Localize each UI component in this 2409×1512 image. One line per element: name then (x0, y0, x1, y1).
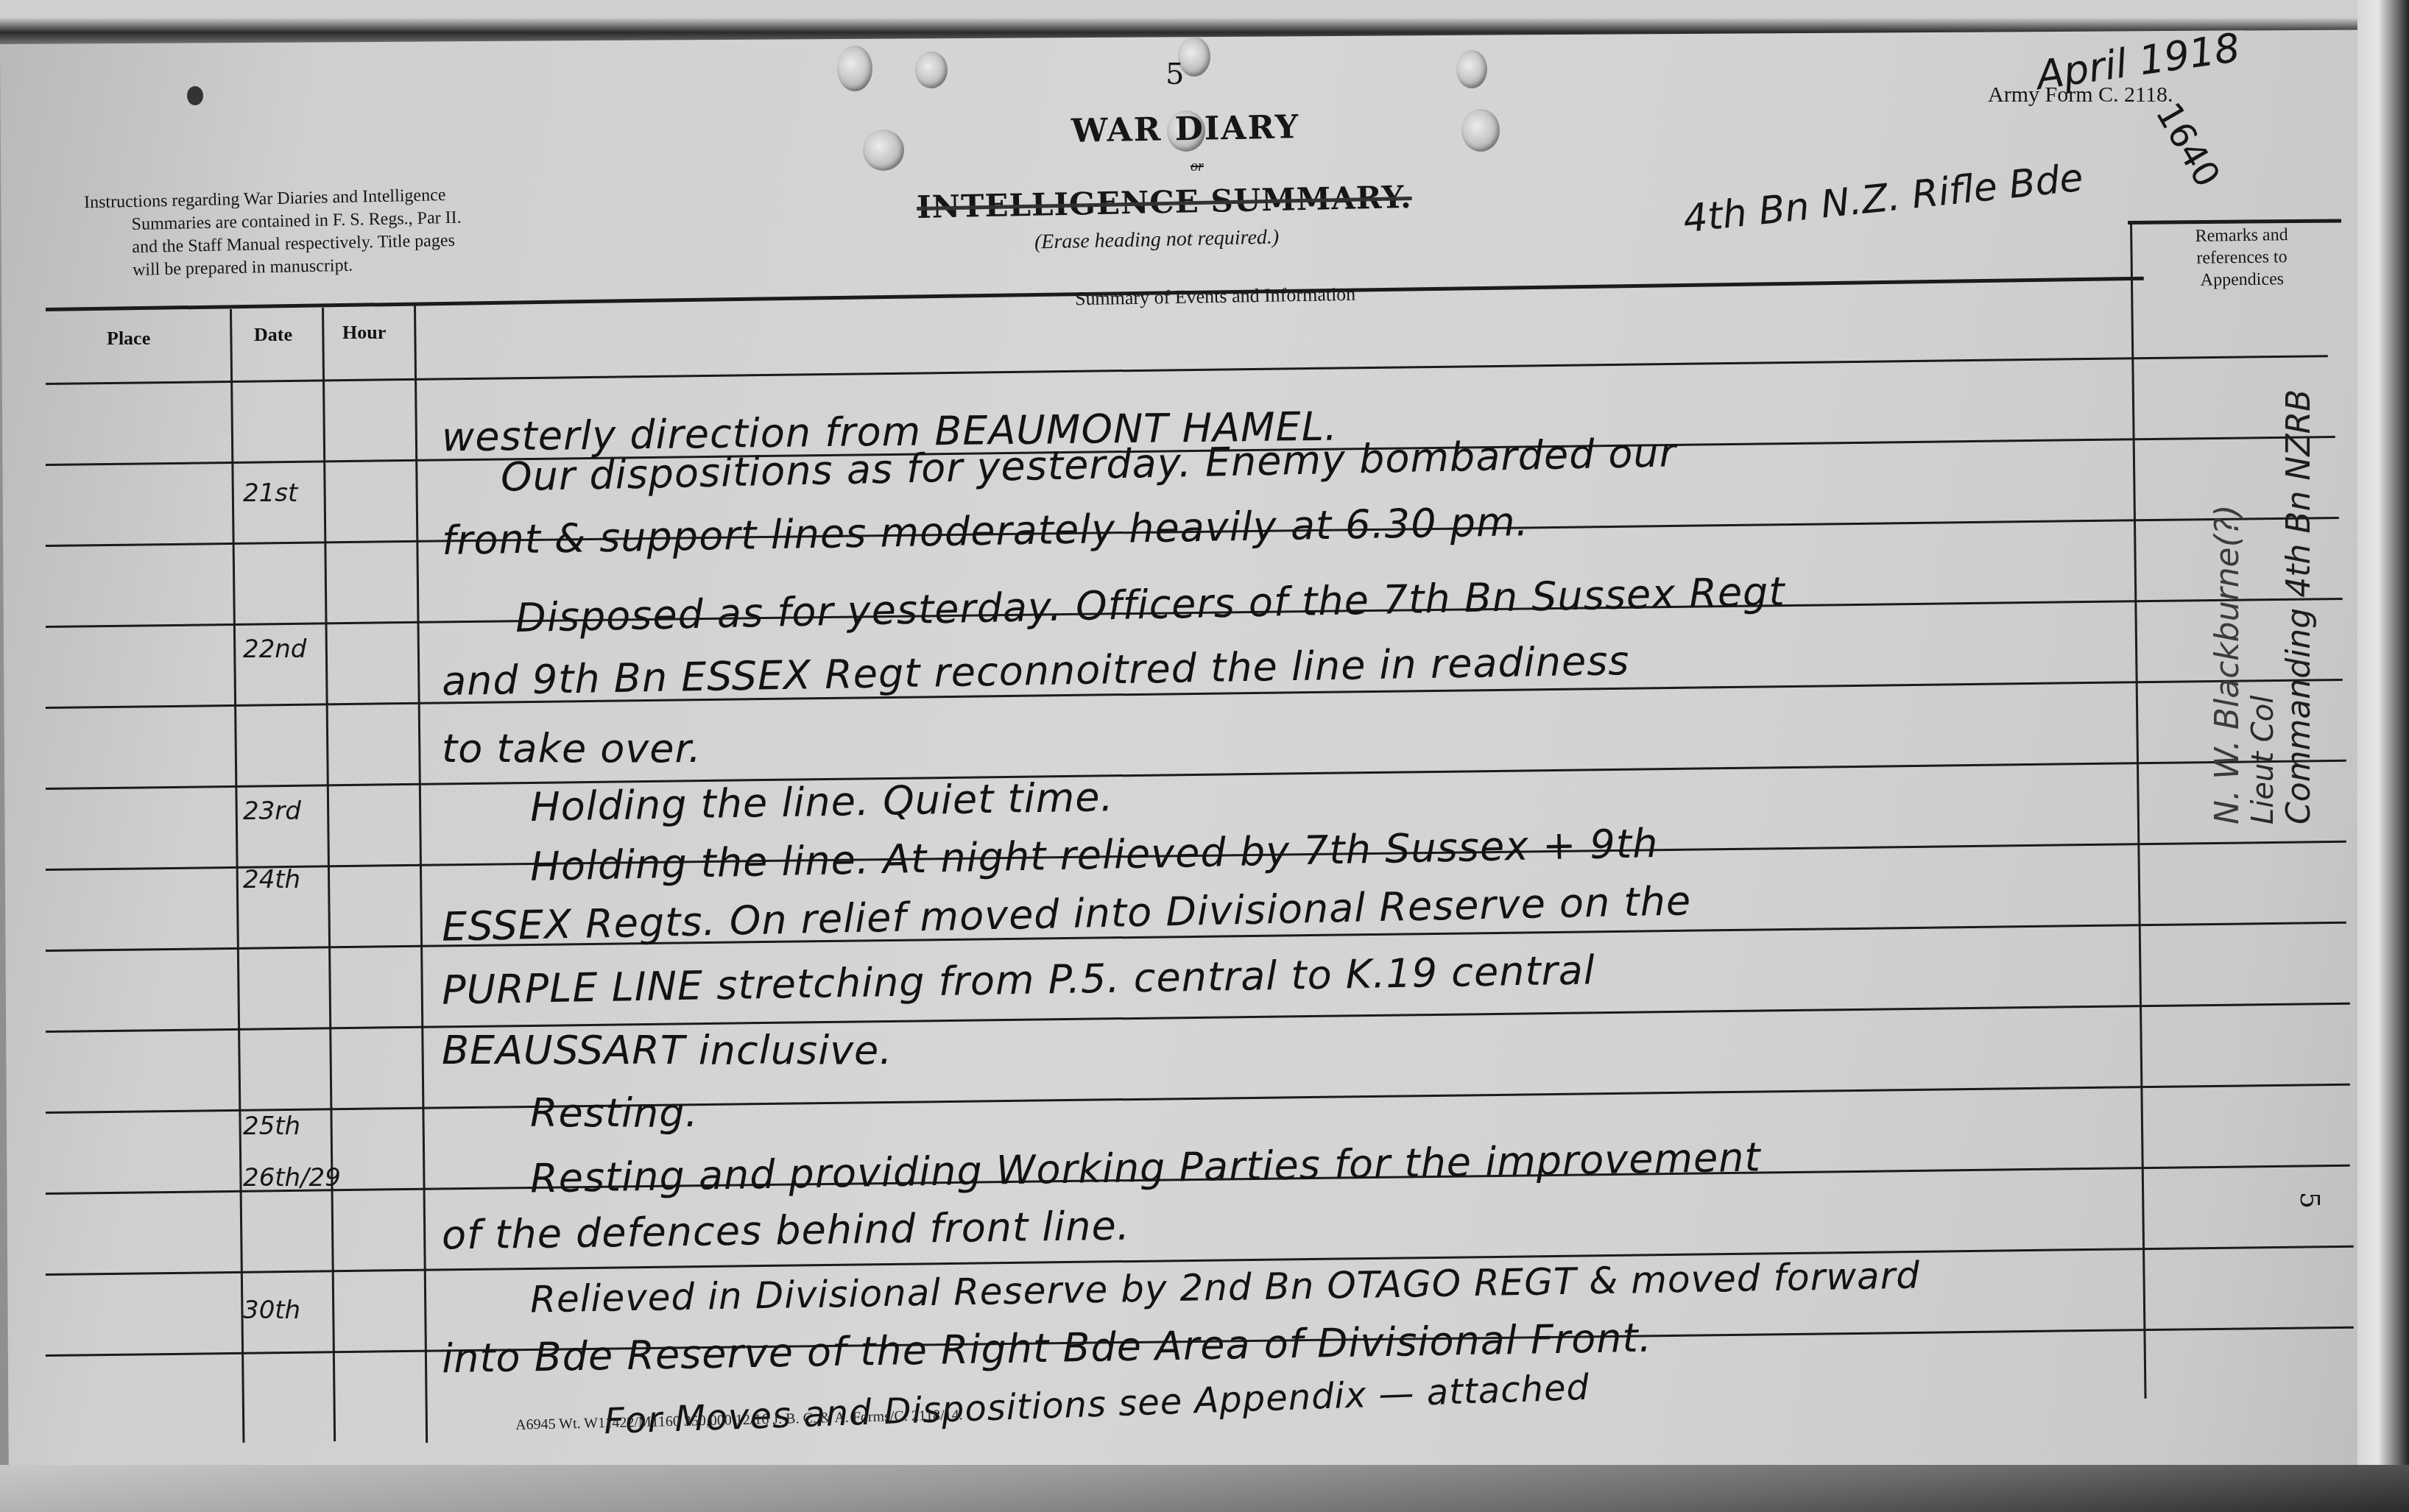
punch-hole (837, 46, 872, 91)
entry-date: 23rd (243, 796, 301, 826)
page-number-top: 5 (1165, 57, 1184, 91)
page-title: WAR DIARY (1071, 108, 1300, 149)
punch-hole (1456, 50, 1487, 88)
diary-line: to take over. (442, 725, 702, 771)
column-header-remarks: Remarks and references to Appendices (2168, 224, 2315, 292)
entry-date: 30th (243, 1296, 300, 1325)
entry-date: 25th (243, 1112, 300, 1141)
remarks-label: Remarks and references to Appendices (2168, 224, 2315, 292)
column-header-place: Place (107, 328, 150, 350)
column-header-date: Date (254, 324, 292, 346)
diary-line: of the defences behind front line. (442, 1202, 1131, 1258)
diary-line: Resting. (530, 1089, 699, 1136)
signature-role: Commanding 4th Bn NZRB (2280, 389, 2318, 824)
instructions-text: Instructions regarding War Diaries and I… (84, 184, 462, 283)
punch-hole (187, 86, 203, 105)
entry-date: 21st (243, 478, 297, 508)
punch-hole (915, 52, 948, 88)
title-or: or (1191, 158, 1204, 175)
punch-hole (1461, 109, 1500, 152)
entry-date: 26th/29 (243, 1163, 341, 1193)
signature-name: N. W. Blackburne(?) (2209, 389, 2246, 824)
entry-date: 22nd (243, 635, 306, 664)
column-header-hour: Hour (342, 322, 386, 344)
page-number-side: 5 (2294, 1192, 2324, 1209)
page-bottom-shadow (0, 1465, 2409, 1512)
commanding-officer-signature: N. W. Blackburne(?) Lieut Col Commanding… (2209, 389, 2318, 824)
page-edge (2357, 0, 2409, 1512)
signature-rank: Lieut Col (2246, 389, 2280, 824)
punch-hole (863, 130, 904, 171)
entry-date: 24th (243, 865, 300, 894)
diary-line: BEAUSSART inclusive. (442, 1027, 893, 1073)
